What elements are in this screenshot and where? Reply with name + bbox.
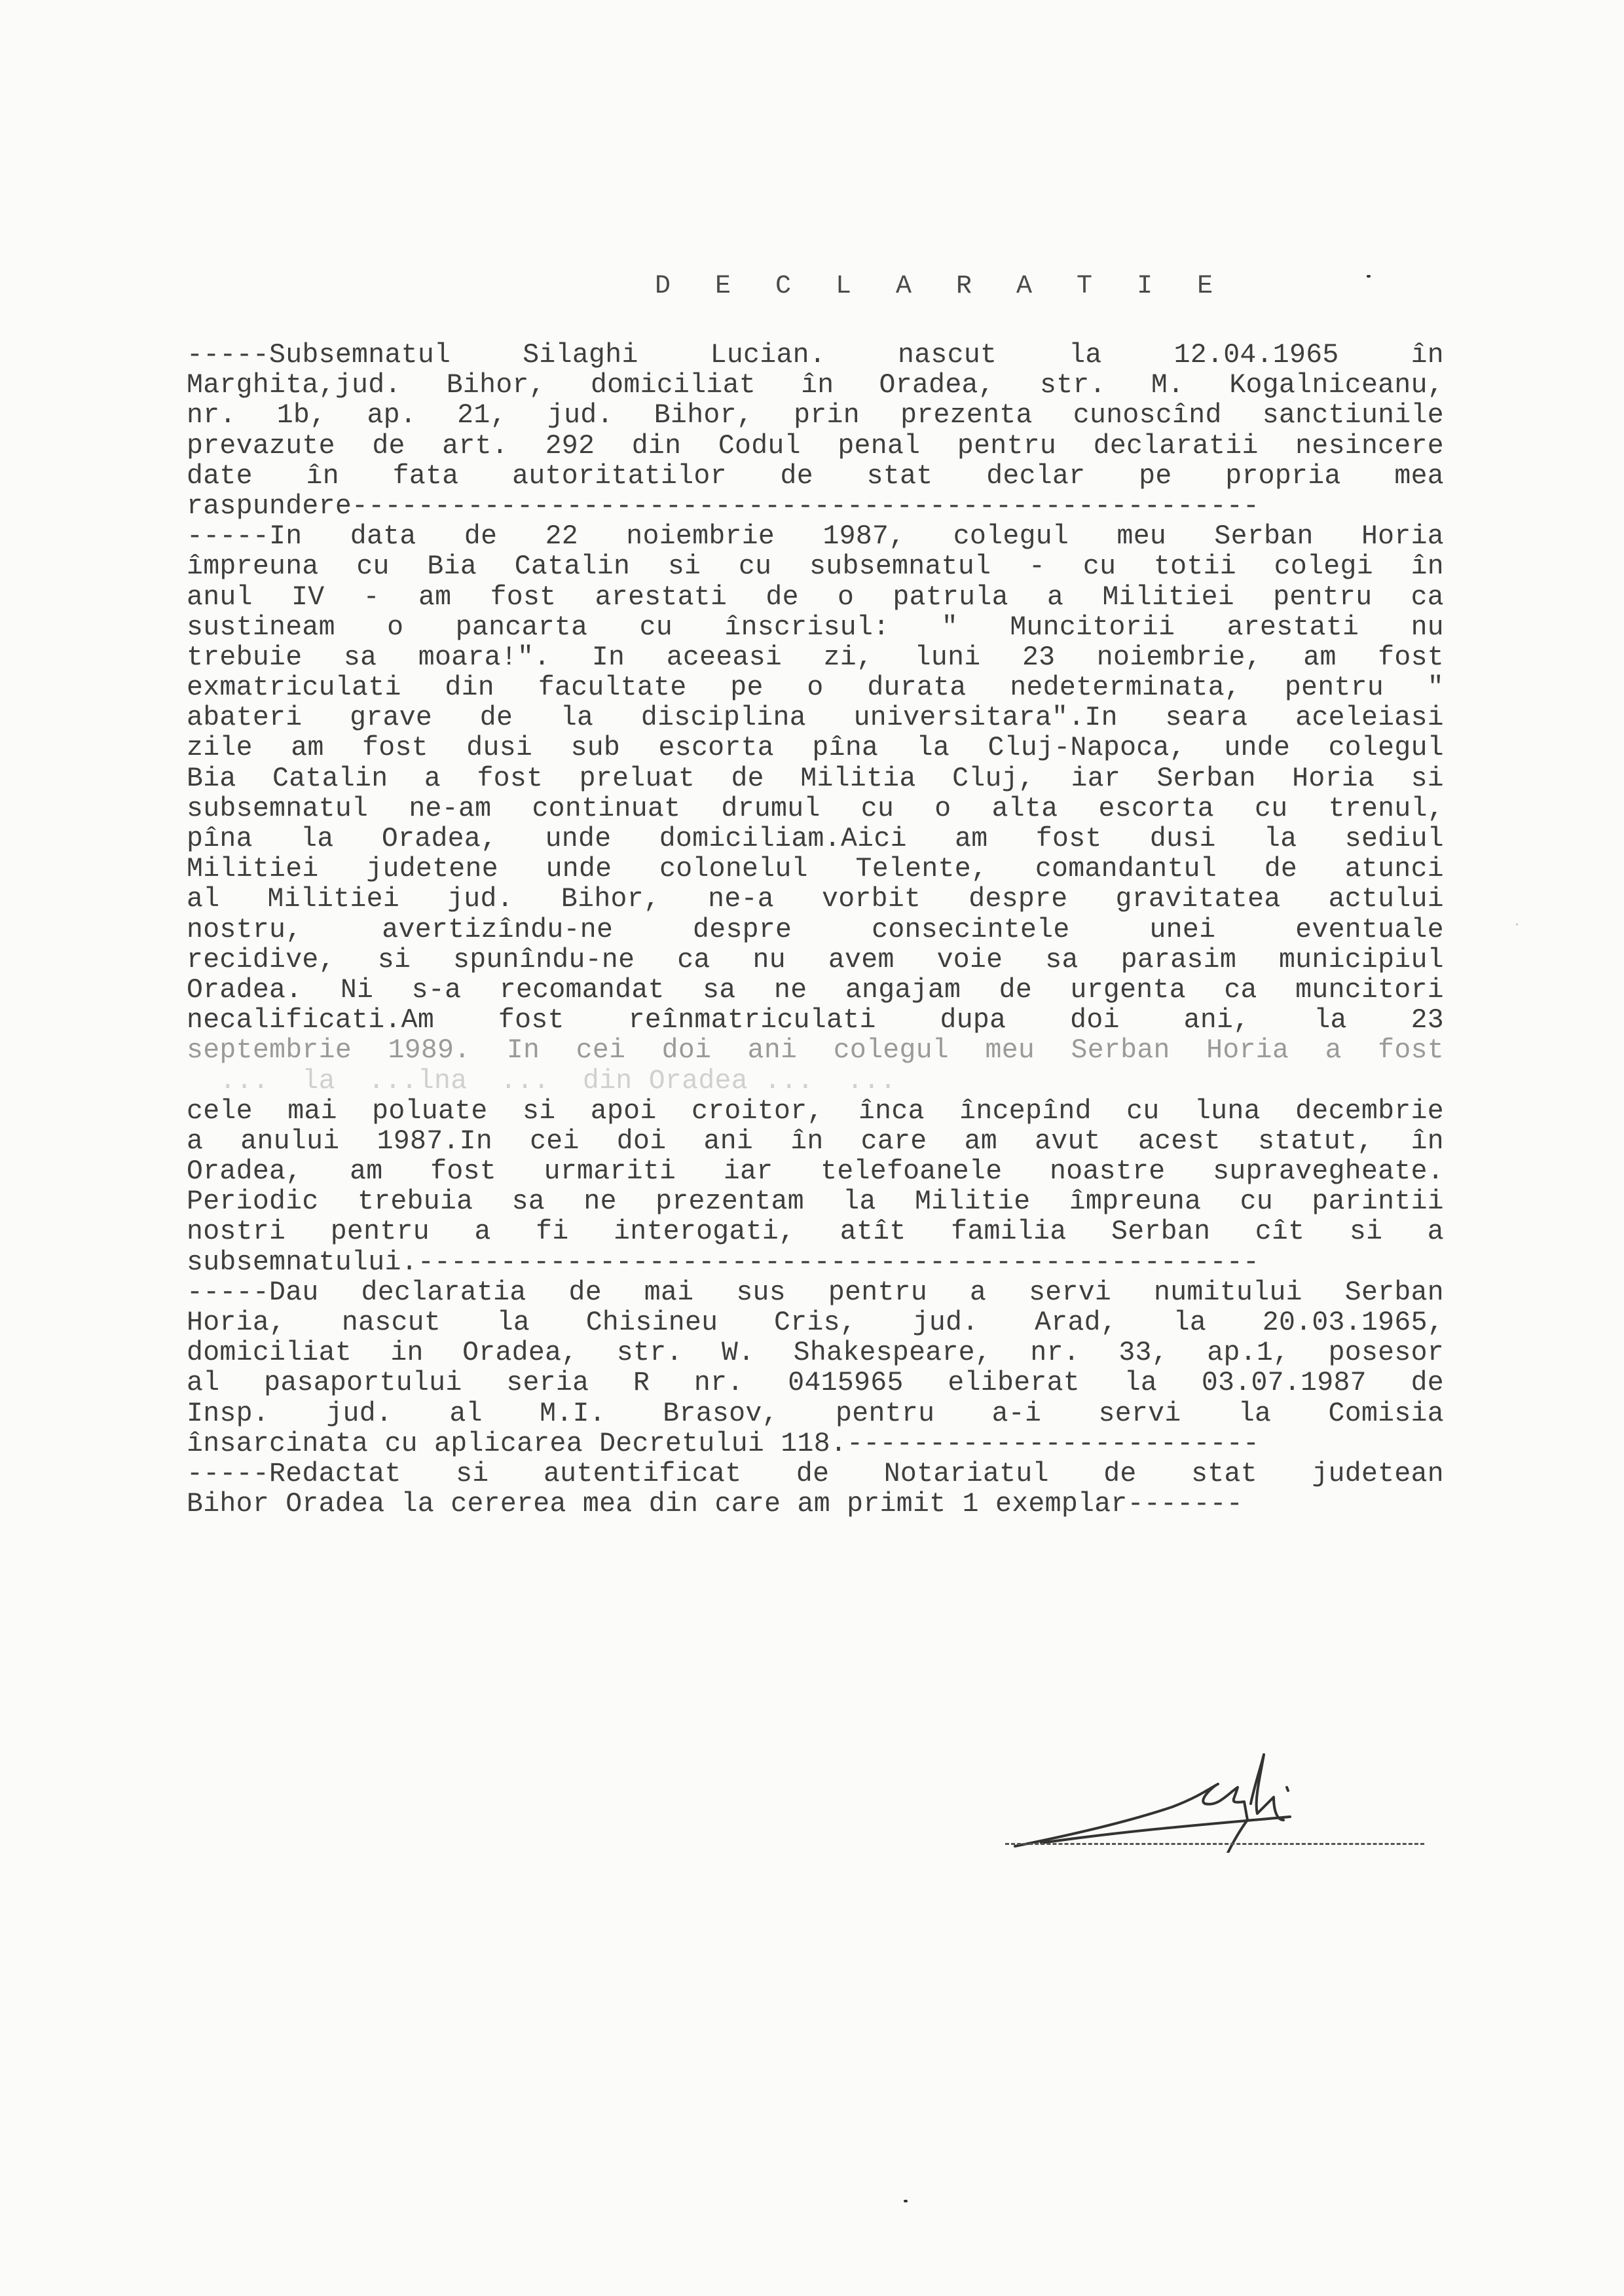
text-line: nostru, avertizîndu-ne despre consecinte… — [187, 915, 1444, 945]
ink-speck — [1367, 275, 1371, 278]
text-line: anul IV - am fost arestati de o patrula … — [187, 583, 1444, 613]
text-line: nostri pentru a fi interogati, atît fami… — [187, 1217, 1444, 1247]
text-line: necalificati.Am fost reînmatriculati dup… — [187, 1006, 1444, 1036]
text-line-faded: septembrie 1989. In cei doi ani colegul … — [187, 1036, 1444, 1066]
signature-line — [1005, 1843, 1424, 1845]
text-line: cele mai poluate si apoi croitor, înca î… — [187, 1097, 1444, 1127]
text-line: sustineam o pancarta cu înscrisul: " Mun… — [187, 613, 1444, 643]
text-line: prevazute de art. 292 din Codul penal pe… — [187, 431, 1444, 462]
text-line: Oradea. Ni s-a recomandat sa ne angajam … — [187, 975, 1444, 1006]
text-line: însarcinata cu aplicarea Decretului 118.… — [187, 1429, 1444, 1459]
text-line: al pasaportului seria R nr. 0415965 elib… — [187, 1368, 1444, 1398]
text-line: a anului 1987.In cei doi ani în care am … — [187, 1127, 1444, 1157]
text-line: -----Dau declaratia de mai sus pentru a … — [187, 1278, 1444, 1308]
paragraph-identity: -----Subsemnatul Silaghi Lucian. nascut … — [187, 340, 1444, 522]
paragraph-events: -----In data de 22 noiembrie 1987, coleg… — [187, 522, 1444, 1278]
text-line: al Militiei jud. Bihor, ne-a vorbit desp… — [187, 884, 1444, 915]
text-line-illegible: ... la ...lna ... din Oradea ... ... — [187, 1066, 1444, 1097]
text-line: trebuie sa moara!". In aceeasi zi, luni … — [187, 643, 1444, 673]
text-line: subsemnatului.--------------------------… — [187, 1248, 1444, 1278]
text-line: subsemnatul ne-am continuat drumul cu o … — [187, 794, 1444, 824]
text-line: Horia, nascut la Chisineu Cris, jud. Ara… — [187, 1308, 1444, 1338]
handwritten-signature — [1002, 1748, 1421, 1853]
text-line: Bihor Oradea la cererea mea din care am … — [187, 1489, 1444, 1520]
paragraph-notary: -----Redactat si autentificat de Notaria… — [187, 1459, 1444, 1520]
text-line: zile am fost dusi sub escorta pîna la Cl… — [187, 733, 1444, 763]
text-line: -----Subsemnatul Silaghi Lucian. nascut … — [187, 340, 1444, 371]
paragraph-purpose: -----Dau declaratia de mai sus pentru a … — [187, 1278, 1444, 1459]
document-body: -----Subsemnatul Silaghi Lucian. nascut … — [187, 340, 1444, 1520]
text-line: abateri grave de la disciplina universit… — [187, 703, 1444, 733]
document-title: D E C L A R A T I E — [655, 272, 1227, 301]
text-line: recidive, si spunîndu-ne ca nu avem voie… — [187, 945, 1444, 975]
text-line: date în fata autoritatilor de stat decla… — [187, 462, 1444, 492]
scan-noise-mark: · — [1513, 917, 1521, 933]
text-line: Marghita,jud. Bihor, domiciliat în Orade… — [187, 371, 1444, 401]
text-line: Insp. jud. al M.I. Brasov, pentru a-i se… — [187, 1399, 1444, 1429]
text-line: -----Redactat si autentificat de Notaria… — [187, 1459, 1444, 1489]
text-line: domiciliat in Oradea, str. W. Shakespear… — [187, 1338, 1444, 1368]
text-line: Periodic trebuia sa ne prezentam la Mili… — [187, 1187, 1444, 1217]
text-line: împreuna cu Bia Catalin si cu subsemnatu… — [187, 552, 1444, 582]
text-line: pîna la Oradea, unde domiciliam.Aici am … — [187, 824, 1444, 854]
text-line: -----In data de 22 noiembrie 1987, coleg… — [187, 522, 1444, 552]
text-line: Militiei judetene unde colonelul Telente… — [187, 854, 1444, 884]
text-line: raspundere------------------------------… — [187, 492, 1444, 522]
text-line: nr. 1b, ap. 21, jud. Bihor, prin prezent… — [187, 401, 1444, 431]
text-line: Oradea, am fost urmariti iar telefoanele… — [187, 1157, 1444, 1187]
text-line: exmatriculati din facultate pe o durata … — [187, 673, 1444, 703]
ink-speck — [904, 2200, 908, 2202]
text-line: Bia Catalin a fost preluat de Militia Cl… — [187, 764, 1444, 794]
